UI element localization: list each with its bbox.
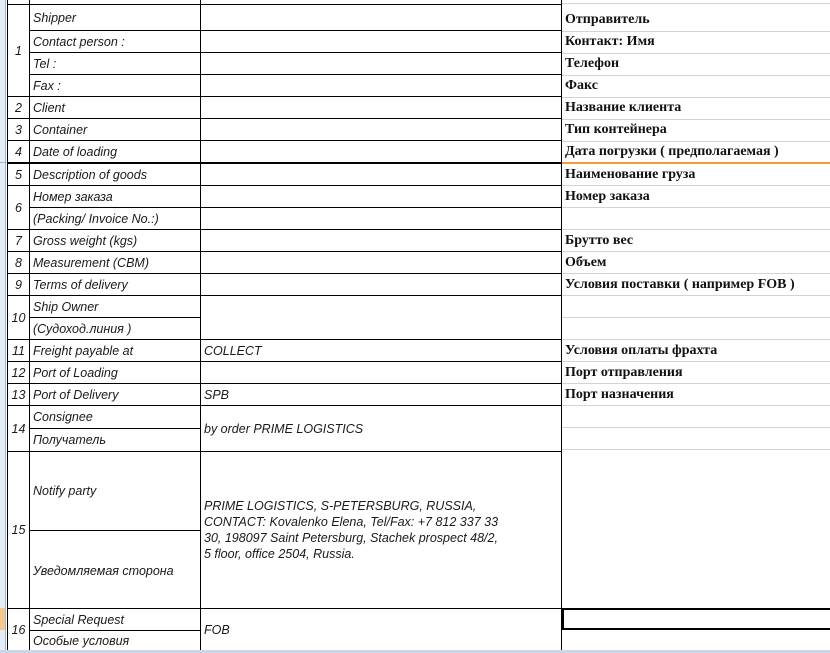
label-ship-owner[interactable]: Ship Owner [29,295,201,318]
ru-contact-person: Контакт: Имя [565,34,655,50]
value-packing-invoice[interactable] [200,207,562,230]
label-port-of-delivery[interactable]: Port of Delivery [29,383,201,406]
row-header-strip[interactable] [0,0,6,653]
label-date-of-loading[interactable]: Date of loading [29,140,201,163]
selection-border [561,162,830,164]
value-tel[interactable] [200,52,562,75]
ru-measurement: Объем [565,255,606,271]
value-container[interactable] [200,118,562,141]
gridline [561,427,830,428]
row-num-15: 15 [7,451,30,609]
spreadsheet: 1 Shipper Contact person : Tel : Fax : 2… [0,0,830,653]
row-num-12: 12 [7,361,30,384]
row-num-3: 3 [7,118,30,141]
value-port-of-loading[interactable] [200,361,562,384]
ru-order-number: Номер заказа [565,189,650,205]
label-special-request-ru[interactable]: Особые условия [29,630,201,651]
row-num-16: 16 [7,608,30,651]
value-special-request[interactable]: FOB [200,608,562,651]
row-num-2: 2 [7,96,30,119]
row-num-8: 8 [7,251,30,274]
value-date-of-loading[interactable] [200,140,562,163]
ru-port-of-delivery: Порт назначения [565,387,674,403]
gridline [561,75,830,76]
row-num-6: 6 [7,185,30,230]
gridline [561,339,830,340]
ru-port-of-loading: Порт отправления [565,365,683,381]
ru-shipper: Отправитель [565,12,650,28]
gridline [561,449,830,450]
label-contact-person[interactable]: Contact person : [29,30,201,53]
label-description-of-goods[interactable]: Description of goods [29,163,201,186]
gridline [561,31,830,32]
gridline [561,405,830,406]
gridline [561,141,830,142]
value-client[interactable] [200,96,562,119]
row-num-10: 10 [7,295,30,340]
label-order-number[interactable]: Номер заказа [29,185,201,208]
label-port-of-loading[interactable]: Port of Loading [29,361,201,384]
value-consignee[interactable]: by order PRIME LOGISTICS [200,405,562,452]
label-shipping-line[interactable]: (Судоход.линия ) [29,317,201,340]
label-container[interactable]: Container [29,118,201,141]
label-terms-of-delivery[interactable]: Terms of delivery [29,273,201,296]
ru-date-of-loading: Дата погрузки ( предполагаемая ) [565,144,779,160]
notify-party-text: PRIME LOGISTICS, S-PETERSBURG, RUSSIA, C… [204,498,504,562]
ru-terms-of-delivery: Условия поставки ( например FOB ) [565,277,795,293]
ru-tel: Телефон [565,56,619,72]
value-description-of-goods[interactable] [200,163,562,186]
label-consignee[interactable]: Consignee [29,405,201,429]
ru-gross-weight: Брутто вес [565,233,633,249]
gridline [561,119,830,120]
value-measurement[interactable] [200,251,562,274]
ru-fax: Факс [565,78,598,94]
gridline [561,53,830,54]
selected-row-indicator [0,608,5,630]
value-ship-owner[interactable] [200,295,562,340]
label-client[interactable]: Client [29,96,201,119]
value-order-number[interactable] [200,185,562,208]
value-contact-person[interactable] [200,30,562,53]
label-special-request[interactable]: Special Request [29,608,201,631]
value-terms-of-delivery[interactable] [200,273,562,296]
row-num-5: 5 [7,163,30,186]
gridline [561,229,830,230]
gridline [561,295,830,296]
gridline [561,97,830,98]
row-num-11: 11 [7,339,30,362]
row-num-7: 7 [7,229,30,252]
gridline [561,185,830,186]
label-freight-payable-at[interactable]: Freight payable at [29,339,201,362]
row-num-4: 4 [7,140,30,163]
ru-client: Название клиента [565,100,681,116]
value-freight-payable-at[interactable]: COLLECT [200,339,562,362]
gridline [561,273,830,274]
label-fax[interactable]: Fax : [29,74,201,97]
value-shipper[interactable] [200,4,562,31]
label-notify-party[interactable]: Notify party [29,451,201,531]
row-num-1: 1 [7,4,30,97]
label-packing-invoice[interactable]: (Packing/ Invoice No.:) [29,207,201,230]
gridline [561,383,830,384]
value-port-of-delivery[interactable]: SPB [200,383,562,406]
value-notify-party[interactable]: PRIME LOGISTICS, S-PETERSBURG, RUSSIA, C… [200,451,562,609]
gridline [561,251,830,252]
label-tel[interactable]: Tel : [29,52,201,75]
value-fax[interactable] [200,74,562,97]
row-num-14: 14 [7,405,30,452]
value-gross-weight[interactable] [200,229,562,252]
gridline [561,3,830,4]
row-num-9: 9 [7,273,30,296]
row-num-13: 13 [7,383,30,406]
gridline [561,317,830,318]
label-measurement[interactable]: Measurement (CBM) [29,251,201,274]
selected-cell[interactable] [562,608,830,630]
ru-description-of-goods: Наименование груза [565,167,695,183]
gridline [561,361,830,362]
label-consignee-ru[interactable]: Получатель [29,428,201,452]
ru-container: Тип контейнера [565,122,667,138]
label-notify-party-ru[interactable]: Уведомляемая сторона [29,530,201,609]
gridline [561,207,830,208]
label-shipper[interactable]: Shipper [29,4,201,31]
ru-freight-payable: Условия оплаты фрахта [565,343,717,359]
label-gross-weight[interactable]: Gross weight (kgs) [29,229,201,252]
